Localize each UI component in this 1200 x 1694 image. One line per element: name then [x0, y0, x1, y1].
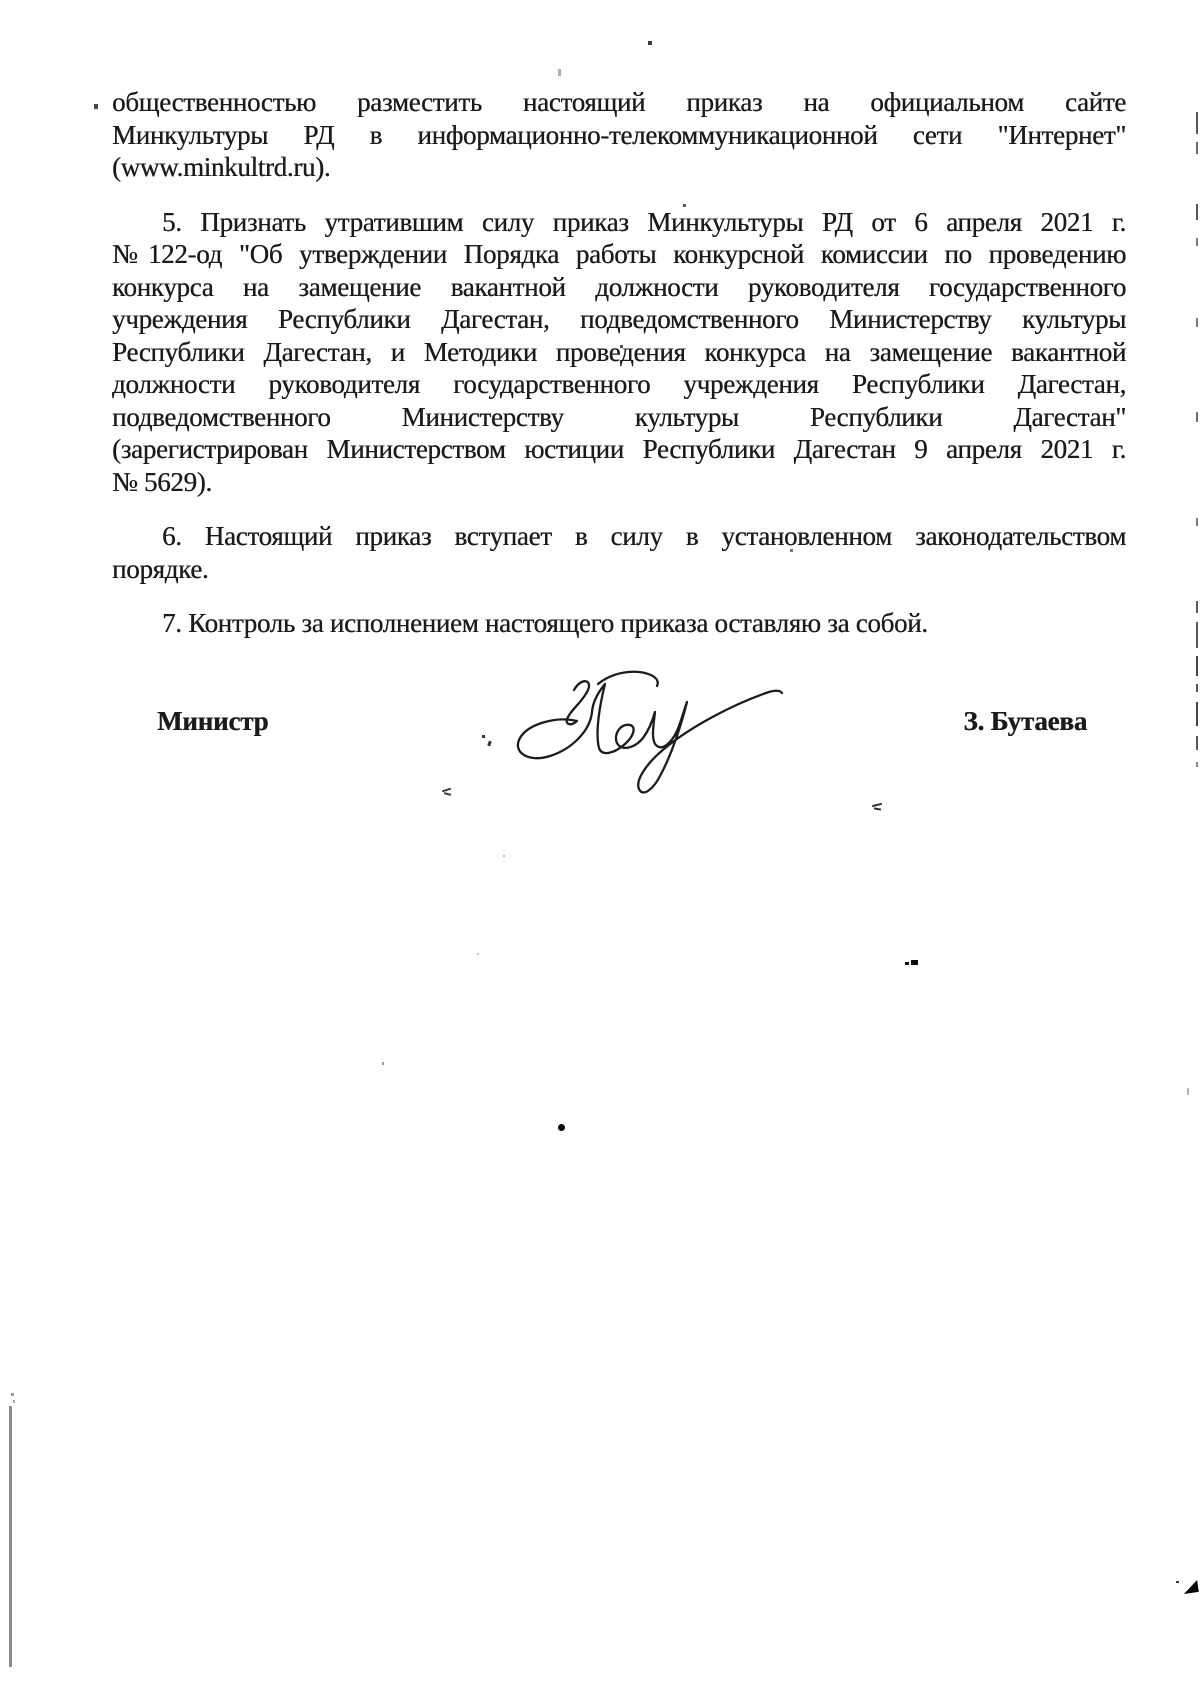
scan-speck	[1176, 1581, 1179, 1583]
scan-smudge	[905, 962, 909, 965]
scan-squiggle	[444, 792, 451, 796]
scan-squiggle	[874, 807, 881, 810]
scan-speck	[503, 855, 505, 857]
scan-speck	[1187, 1088, 1189, 1095]
signature-stroke	[598, 672, 658, 686]
text-line: №122-од "Об утверждении Порядка работы к…	[112, 238, 1126, 271]
text-line: (зарегистрирован Министерством юстиции Р…	[112, 433, 1126, 466]
scan-edge-line	[1196, 412, 1198, 422]
scan-speck	[648, 41, 652, 45]
scan-speck	[620, 345, 623, 348]
text-line: общественностью разместить настоящий при…	[112, 86, 1126, 119]
text-line: 5. Признать утратившим силу приказ Минку…	[112, 206, 1126, 239]
paragraph-intro: общественностью разместить настоящий при…	[112, 86, 1126, 184]
scan-edge-line	[1196, 622, 1198, 648]
scan-edge-line	[1196, 601, 1198, 613]
scan-speck	[790, 549, 793, 552]
text-line: конкурса на замещение вакантной должност…	[112, 271, 1126, 304]
scan-edge-line	[1196, 684, 1198, 692]
scan-speck	[11, 1393, 14, 1396]
text-line: Минкультуры РД в информационно-телекомму…	[112, 119, 1126, 152]
scan-edge-line	[1196, 518, 1198, 526]
minister-title-label: Министр	[157, 706, 268, 737]
scan-speck	[94, 104, 98, 109]
scan-edge-line	[1196, 762, 1198, 767]
minister-signature	[478, 650, 800, 812]
text-line: должности руководителя государственного …	[112, 368, 1126, 401]
scan-edge-line	[1196, 142, 1198, 154]
text-line: 6. Настоящий приказ вступает в силу в ус…	[112, 520, 1126, 553]
scan-speck	[477, 953, 479, 955]
scan-edge-line	[1196, 204, 1198, 220]
scan-edge-line	[1196, 238, 1198, 246]
paragraph-item-5: 5. Признать утратившим силу приказ Минку…	[112, 206, 1126, 499]
scan-edge-line	[1196, 736, 1198, 750]
text-line: подведомственного Министерству культуры …	[112, 401, 1126, 434]
paragraph-item-6: 6. Настоящий приказ вступает в силу в ус…	[112, 520, 1126, 585]
scan-corner-mark	[1182, 1580, 1199, 1594]
paragraph-item-7: 7. Контроль за исполнением настоящего пр…	[112, 607, 1126, 640]
scan-speck	[683, 204, 686, 207]
text-line: учреждения Республики Дагестан, подведом…	[112, 303, 1126, 336]
text-line: (www.minkultrd.ru).	[112, 151, 1126, 184]
text-line: 7. Контроль за исполнением настоящего пр…	[112, 607, 1126, 640]
text-line: порядке.	[112, 553, 1126, 586]
scan-edge-line	[9, 1406, 12, 1667]
scan-speck	[558, 69, 561, 76]
text-line: № 5629).	[112, 466, 1126, 499]
scan-smudge	[911, 960, 918, 965]
document-body: общественностью разместить настоящий при…	[112, 86, 1126, 640]
scan-edge-line	[1196, 656, 1198, 676]
text-line: Республики Дагестан, и Методики проведен…	[112, 336, 1126, 369]
scan-edge-line	[1196, 318, 1198, 327]
scan-edge-line	[1196, 112, 1198, 134]
signature-stroke	[518, 681, 782, 792]
scan-speck	[382, 1062, 384, 1065]
scan-edge-line	[1196, 702, 1198, 726]
scan-ink-dot	[558, 1124, 565, 1131]
scan-speck	[13, 1400, 15, 1403]
scan-speck	[482, 735, 485, 738]
scanned-document-page: общественностью разместить настоящий при…	[0, 0, 1200, 1694]
minister-name-label: З. Бутаева	[963, 706, 1087, 737]
